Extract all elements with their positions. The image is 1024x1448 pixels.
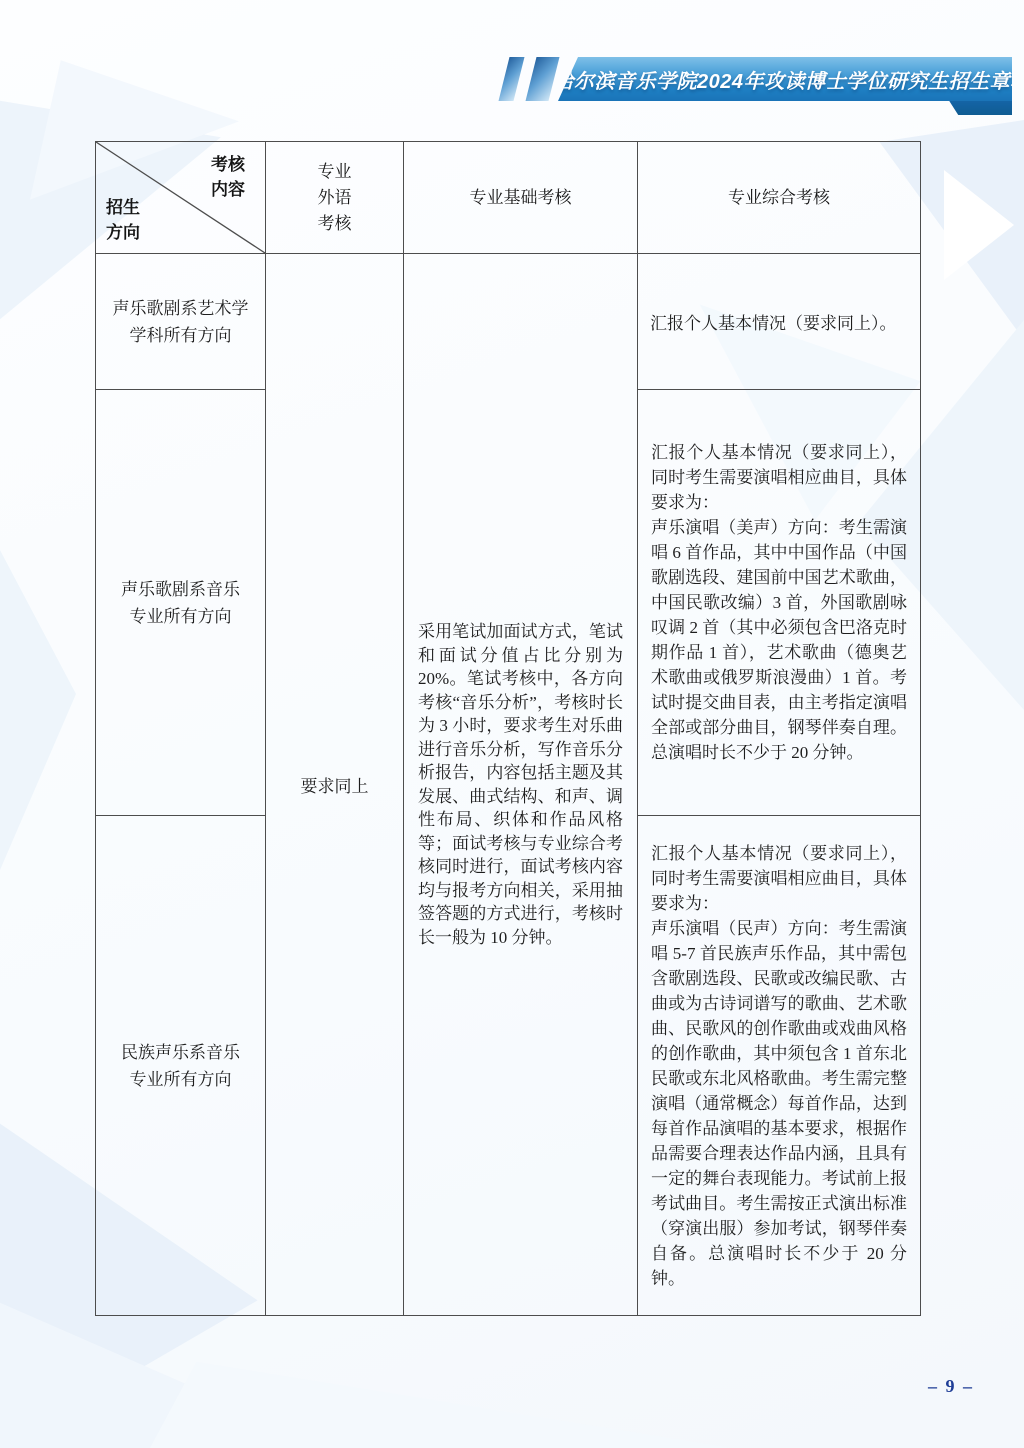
background-polygon (150, 1350, 730, 1448)
corner-header-cell: 考核 内容 招生 方向 (96, 142, 266, 254)
column-header-basic-exam: 专业基础考核 (404, 142, 638, 254)
banner-title: 哈尔滨音乐学院2024年攻读博士学位研究生招生章程 (540, 65, 1024, 94)
direction-cell-vocal-opera-music: 声乐歌剧系音乐 专业所有方向 (96, 390, 266, 816)
column-header-foreign-language-exam: 专业 外语 考核 (266, 142, 404, 254)
banner-fold (948, 99, 1012, 115)
page-number: – 9 – (928, 1376, 974, 1397)
basic-exam-description-cell: 采用笔试加面试方式，笔试和面试分值占比分别为20%。笔试考核中，各方向考核“音乐… (404, 254, 638, 1316)
banner-stripe (526, 57, 560, 101)
column-header-comprehensive-exam: 专业综合考核 (638, 142, 921, 254)
admissions-exam-table: 考核 内容 招生 方向 专业 外语 考核 专业基础考核 专业综合考核 声乐歌剧系… (95, 141, 921, 1316)
banner-stripe (499, 57, 525, 101)
comprehensive-exam-cell: 汇报个人基本情况（要求同上）。 (638, 254, 921, 390)
direction-cell-vocal-opera-art-theory: 声乐歌剧系艺术学 学科所有方向 (96, 254, 266, 390)
comprehensive-exam-cell: 汇报个人基本情况（要求同上），同时考生需要演唱相应曲目，具体要求为： 声乐演唱（… (638, 816, 921, 1316)
corner-label-enrollment-direction: 招生 方向 (106, 195, 140, 245)
direction-cell-national-vocal-music: 民族声乐系音乐 专业所有方向 (96, 816, 266, 1316)
column-header-label: 专业综合考核 (728, 188, 830, 207)
column-header-label: 专业基础考核 (470, 188, 572, 207)
corner-label-exam-content: 考核 内容 (211, 152, 245, 202)
background-polygon (0, 550, 80, 870)
header-banner: 哈尔滨音乐学院2024年攻读博士学位研究生招生章程 (558, 57, 1012, 101)
comprehensive-exam-cell: 汇报个人基本情况（要求同上），同时考生需要演唱相应曲目，具体要求为： 声乐演唱（… (638, 390, 921, 816)
foreign-language-requirement-cell: 要求同上 (266, 254, 404, 1316)
column-header-label: 专业 外语 考核 (318, 162, 352, 233)
document-page: 哈尔滨音乐学院2024年攻读博士学位研究生招生章程 考核 内容 招生 方向 专业… (0, 0, 1024, 1448)
